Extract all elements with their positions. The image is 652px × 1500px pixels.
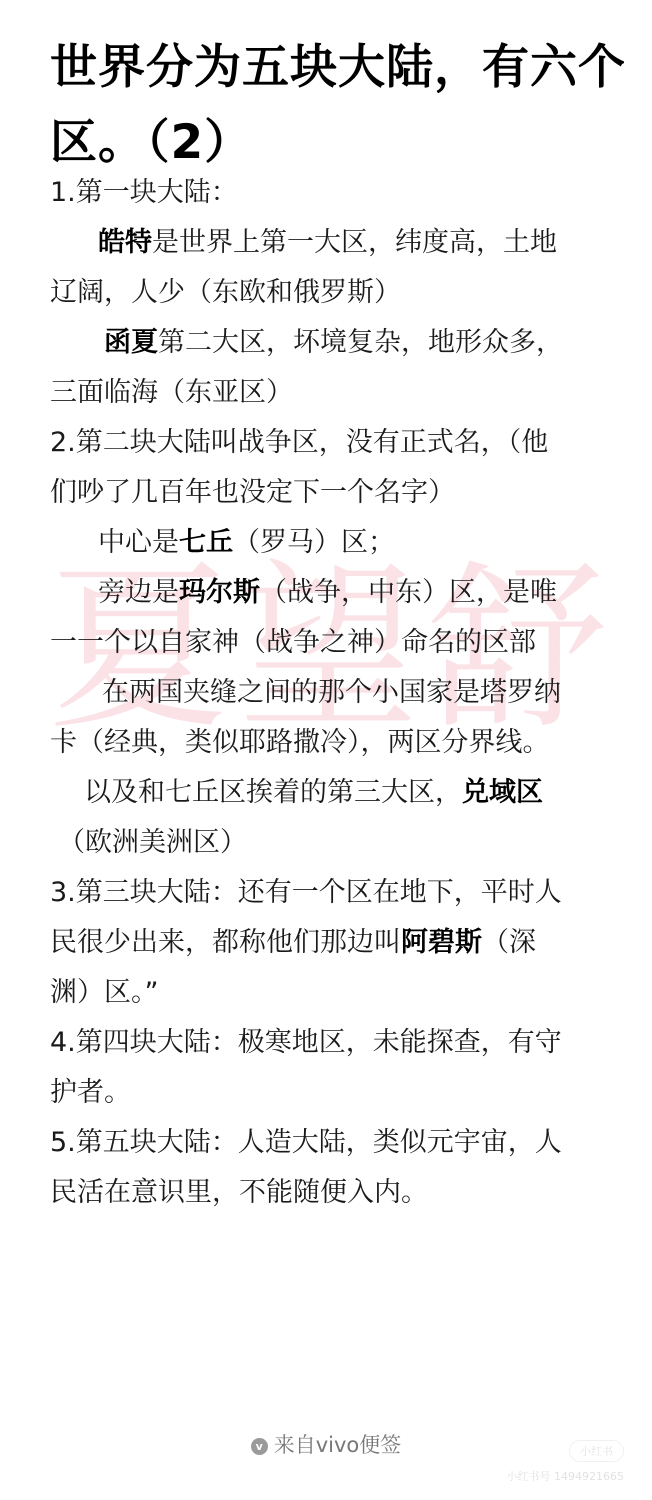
body-line: 辽阔，人少（东欧和俄罗斯） <box>50 268 610 318</box>
vivo-logo-icon: v <box>251 1438 268 1455</box>
body-line: 渊）区。” <box>50 968 610 1018</box>
body-line: 旁边是玛尔斯（战争，中东）区，是唯 <box>50 568 610 618</box>
body-line: 民活在意识里，不能随便入内。 <box>50 1168 610 1218</box>
xiaohongshu-id: 小红书号 1494921665 <box>507 1468 624 1484</box>
title-line-1: 世界分为五块大陆，有六个 <box>50 30 610 105</box>
body-line: 以及和七丘区挨着的第三大区，兑域区 <box>50 768 610 818</box>
note-title: 世界分为五块大陆，有六个 区。（2） <box>50 30 610 180</box>
body-line: 护者。 <box>50 1068 610 1118</box>
body-line: 们吵了几百年也没定下一个名字） <box>50 468 610 518</box>
body-line: 3.第三块大陆：还有一个区在地下，平时人 <box>50 868 610 918</box>
body-line: 4.第四块大陆：极寒地区，未能探查，有守 <box>50 1018 610 1068</box>
body-line: 在两国夹缝之间的那个小国家是塔罗纳 <box>50 668 610 718</box>
body-line: 民很少出来，都称他们那边叫阿碧斯（深 <box>50 918 610 968</box>
body-line: 2.第二块大陆叫战争区，没有正式名，（他 <box>50 418 610 468</box>
body-line: 5.第五块大陆：人造大陆，类似元宇宙，人 <box>50 1118 610 1168</box>
body-line: 一一个以自家神（战争之神）命名的区部 <box>50 618 610 668</box>
note-body: 1.第一块大陆： 皓特是世界上第一大区，纬度高，土地 辽阔，人少（东欧和俄罗斯）… <box>50 168 610 1218</box>
bold-term: 七丘 <box>179 527 233 558</box>
body-line: 三面临海（东亚区） <box>50 368 610 418</box>
xiaohongshu-logo: 小红书 <box>569 1440 624 1462</box>
body-line: 皓特是世界上第一大区，纬度高，土地 <box>50 218 610 268</box>
body-line: （欧洲美洲区） <box>50 818 610 868</box>
xiaohongshu-watermark: 小红书 小红书号 1494921665 <box>507 1440 624 1484</box>
bold-term: 函夏 <box>104 327 158 358</box>
body-line: 卡（经典，类似耶路撒冷），两区分界线。 <box>50 718 610 768</box>
body-line: 函夏第二大区，坏境复杂，地形众多， <box>50 318 610 368</box>
bold-term: 皓特 <box>98 227 152 258</box>
body-line: 中心是七丘（罗马）区； <box>50 518 610 568</box>
source-label: 来自vivo便签 <box>274 1433 402 1457</box>
bold-term: 兑域区 <box>462 777 543 808</box>
body-line: 1.第一块大陆： <box>50 168 610 218</box>
bold-term: 玛尔斯 <box>179 577 260 608</box>
bold-term: 阿碧斯 <box>401 927 482 958</box>
